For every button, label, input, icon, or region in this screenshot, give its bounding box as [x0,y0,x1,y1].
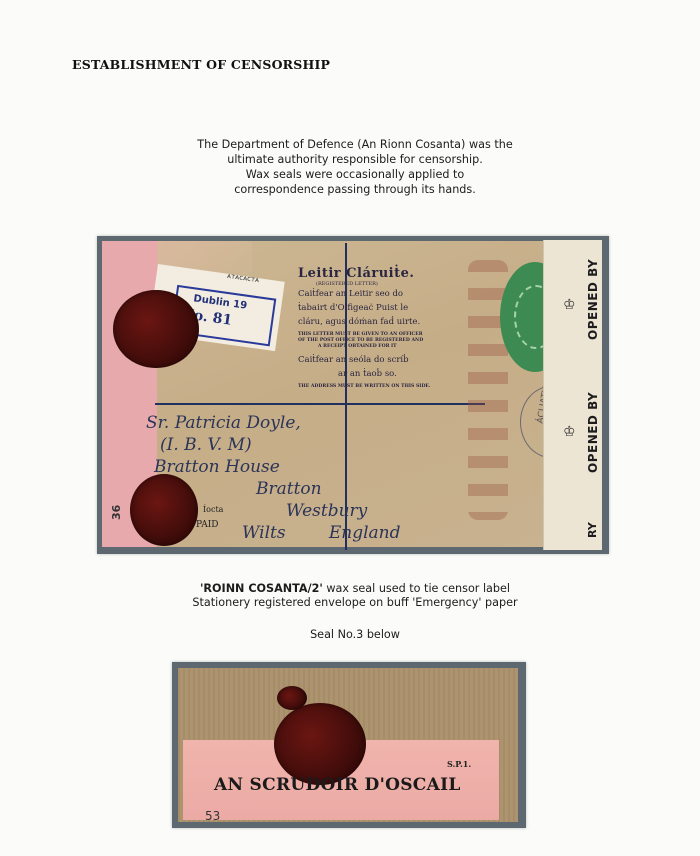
intro-line: correspondence passing through its hands… [150,182,560,197]
envelope-caption: 'ROINN COSANTA/2' wax seal used to tie c… [150,582,560,610]
gaelic-line: Caiṫfear an Leitir seo do [298,287,488,301]
wax-seal-drip [277,686,307,710]
side-number: 36 [110,505,123,520]
censor-label-text: AN SCRUDOIR D'OSCAIL [214,775,461,795]
gaelic-line: ar an ṫaoḃ so. [338,367,488,381]
address-line: Westbury [286,500,400,522]
caption-line2: Stationery registered envelope on buff '… [150,596,560,610]
paid-text: PAID [196,520,219,530]
block-footer: THE ADDRESS MUST BE WRITTEN ON THIS SIDE… [298,384,488,390]
gaelic-line: Caiṫfear an seóla do scríḃ [298,353,488,367]
block-title: Leitir Cláruiṫe. [298,266,488,281]
seal-name: 'ROINN COSANTA/2' [200,582,323,595]
address-line: (I. B. V. M) [160,434,400,456]
address-line: Sr. Patricia Doyle, [146,412,400,434]
intro-text: The Department of Defence (An Rionn Cosa… [150,137,560,197]
label-number: 53 [205,809,220,823]
gaelic-line: cláru, agus dóṁan faḋ uirte. [298,315,488,329]
iocta-text: Íocta [203,505,223,514]
crown-icon: ♔ [563,424,576,440]
address-line: Bratton House [154,456,400,478]
page-heading: ESTABLISHMENT OF CENSORSHIP [72,57,330,72]
label-code: S.P.1. [447,759,471,769]
wax-seal [130,474,198,546]
registered-letter-instructions: Leitir Cláruiṫe. (REGISTERED LETTER) Cai… [298,266,488,393]
opened-by-text-partial: RY [586,522,599,538]
english-line: A RECEIPT OBTAINED FOR IT [318,344,488,350]
address-line: Bratton [256,478,400,500]
envelope-rule [155,403,485,405]
address-line: Wilts England [242,522,400,544]
wax-seal [274,703,366,785]
wax-seal [113,290,199,368]
opened-by-text: OPENED BY [586,259,600,340]
intro-line: The Department of Defence (An Rionn Cosa… [150,137,560,152]
intro-line: Wax seals were occasionally applied to [150,167,560,182]
caption-text: wax seal used to tie censor label [323,582,510,595]
gaelic-line: ṫabairt d'Oifigeaċ Puist le [298,301,488,315]
intro-line: ultimate authority responsible for censo… [150,152,560,167]
opened-by-text: OPENED BY [586,392,600,473]
seal-note: Seal No.3 below [150,628,560,641]
crown-icon: ♔ [563,297,576,313]
